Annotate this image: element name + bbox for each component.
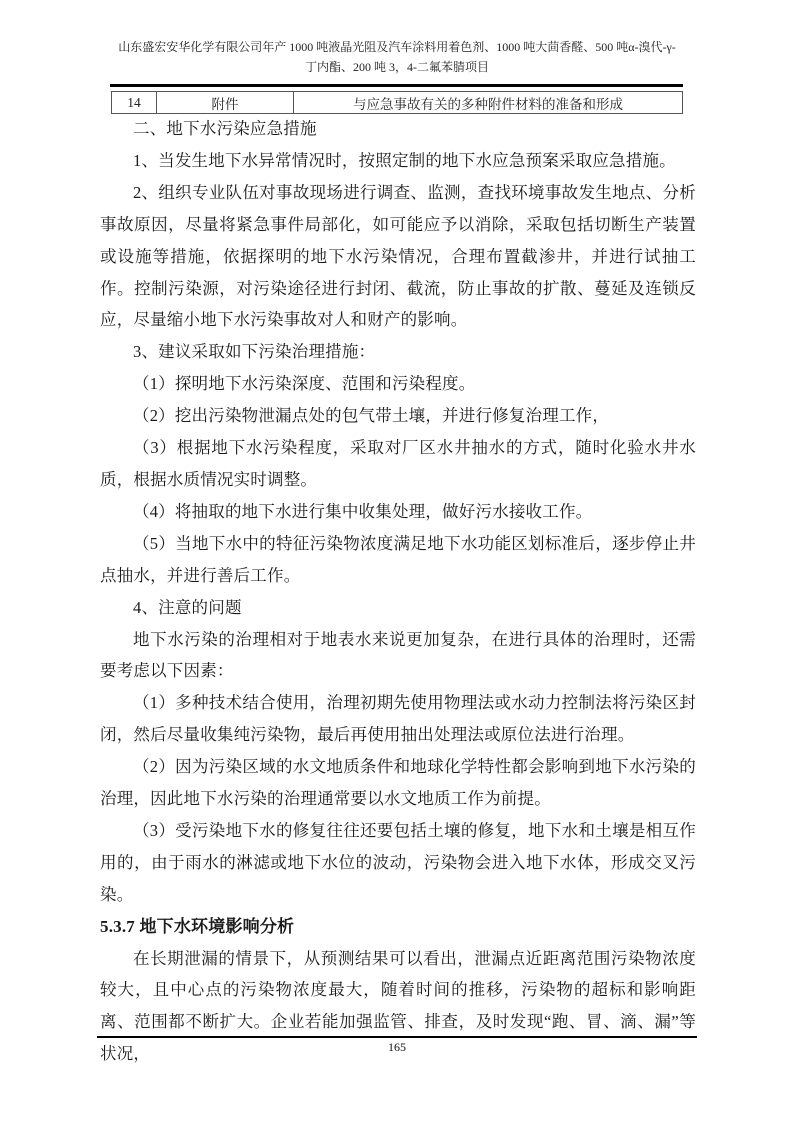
body-text: 二、地下水污染应急措施 1、当发生地下水异常情况时，按照定制的地下水应急预案采取… — [100, 113, 696, 1070]
document-header-line1: 山东盛宏安华化学有限公司年产 1000 吨液晶光阻及汽车涂料用着色剂、1000 … — [100, 37, 694, 57]
paragraph: 4、注意的问题 — [100, 592, 696, 624]
footer-rule — [97, 1036, 697, 1038]
document-page: 山东盛宏安华化学有限公司年产 1000 吨液晶光阻及汽车涂料用着色剂、1000 … — [0, 0, 794, 1123]
table-cell-description: 与应急事故有关的多种附件材料的准备和形成 — [294, 92, 683, 114]
section-heading: 5.3.7 地下水环境影响分析 — [100, 911, 696, 943]
paragraph: （2）挖出污染物泄漏点处的包气带土壤，并进行修复治理工作， — [100, 400, 696, 432]
paragraph: 3、建议采取如下污染治理措施： — [100, 336, 696, 368]
paragraph: （5）当地下水中的特征污染物浓度满足地下水功能区划标准后，逐步停止井点抽水，并进… — [100, 528, 696, 592]
paragraph: （2）因为污染区域的水文地质条件和地球化学特性都会影响到地下水污染的治理，因此地… — [100, 751, 696, 815]
paragraph-subsection-title: 二、地下水污染应急措施 — [100, 113, 696, 145]
paragraph: （4）将抽取的地下水进行集中收集处理，做好污水接收工作。 — [100, 496, 696, 528]
paragraph: （3）受污染地下水的修复往往还要包括土壤的修复，地下水和土壤是相互作用的，由于雨… — [100, 815, 696, 911]
header-rule — [110, 84, 683, 87]
document-header: 山东盛宏安华化学有限公司年产 1000 吨液晶光阻及汽车涂料用着色剂、1000 … — [100, 37, 694, 77]
paragraph: （1）多种技术结合使用，治理初期先使用物理法或水动力控制法将污染区封闭，然后尽量… — [100, 687, 696, 751]
paragraph: 2、组织专业队伍对事故现场进行调查、监测，查找环境事故发生地点、分析事故原因，尽… — [100, 177, 696, 337]
paragraph: （1）探明地下水污染深度、范围和污染程度。 — [100, 368, 696, 400]
page-number: 165 — [0, 1040, 794, 1055]
document-header-line2: 丁内酯、200 吨 3，4-二氟苯腈项目 — [100, 57, 694, 77]
table-row: 14 附件 与应急事故有关的多种附件材料的准备和形成 — [112, 92, 683, 114]
table-cell-category: 附件 — [157, 92, 294, 114]
table-cell-index: 14 — [112, 92, 157, 114]
paragraph: （3）根据地下水污染程度，采取对厂区水井抽水的方式，随时化验水井水质，根据水质情… — [100, 432, 696, 496]
paragraph: 1、当发生地下水异常情况时，按照定制的地下水应急预案采取应急措施。 — [100, 145, 696, 177]
attachment-table: 14 附件 与应急事故有关的多种附件材料的准备和形成 — [111, 91, 683, 114]
paragraph: 地下水污染的治理相对于地表水来说更加复杂，在进行具体的治理时，还需要考虑以下因素… — [100, 624, 696, 688]
